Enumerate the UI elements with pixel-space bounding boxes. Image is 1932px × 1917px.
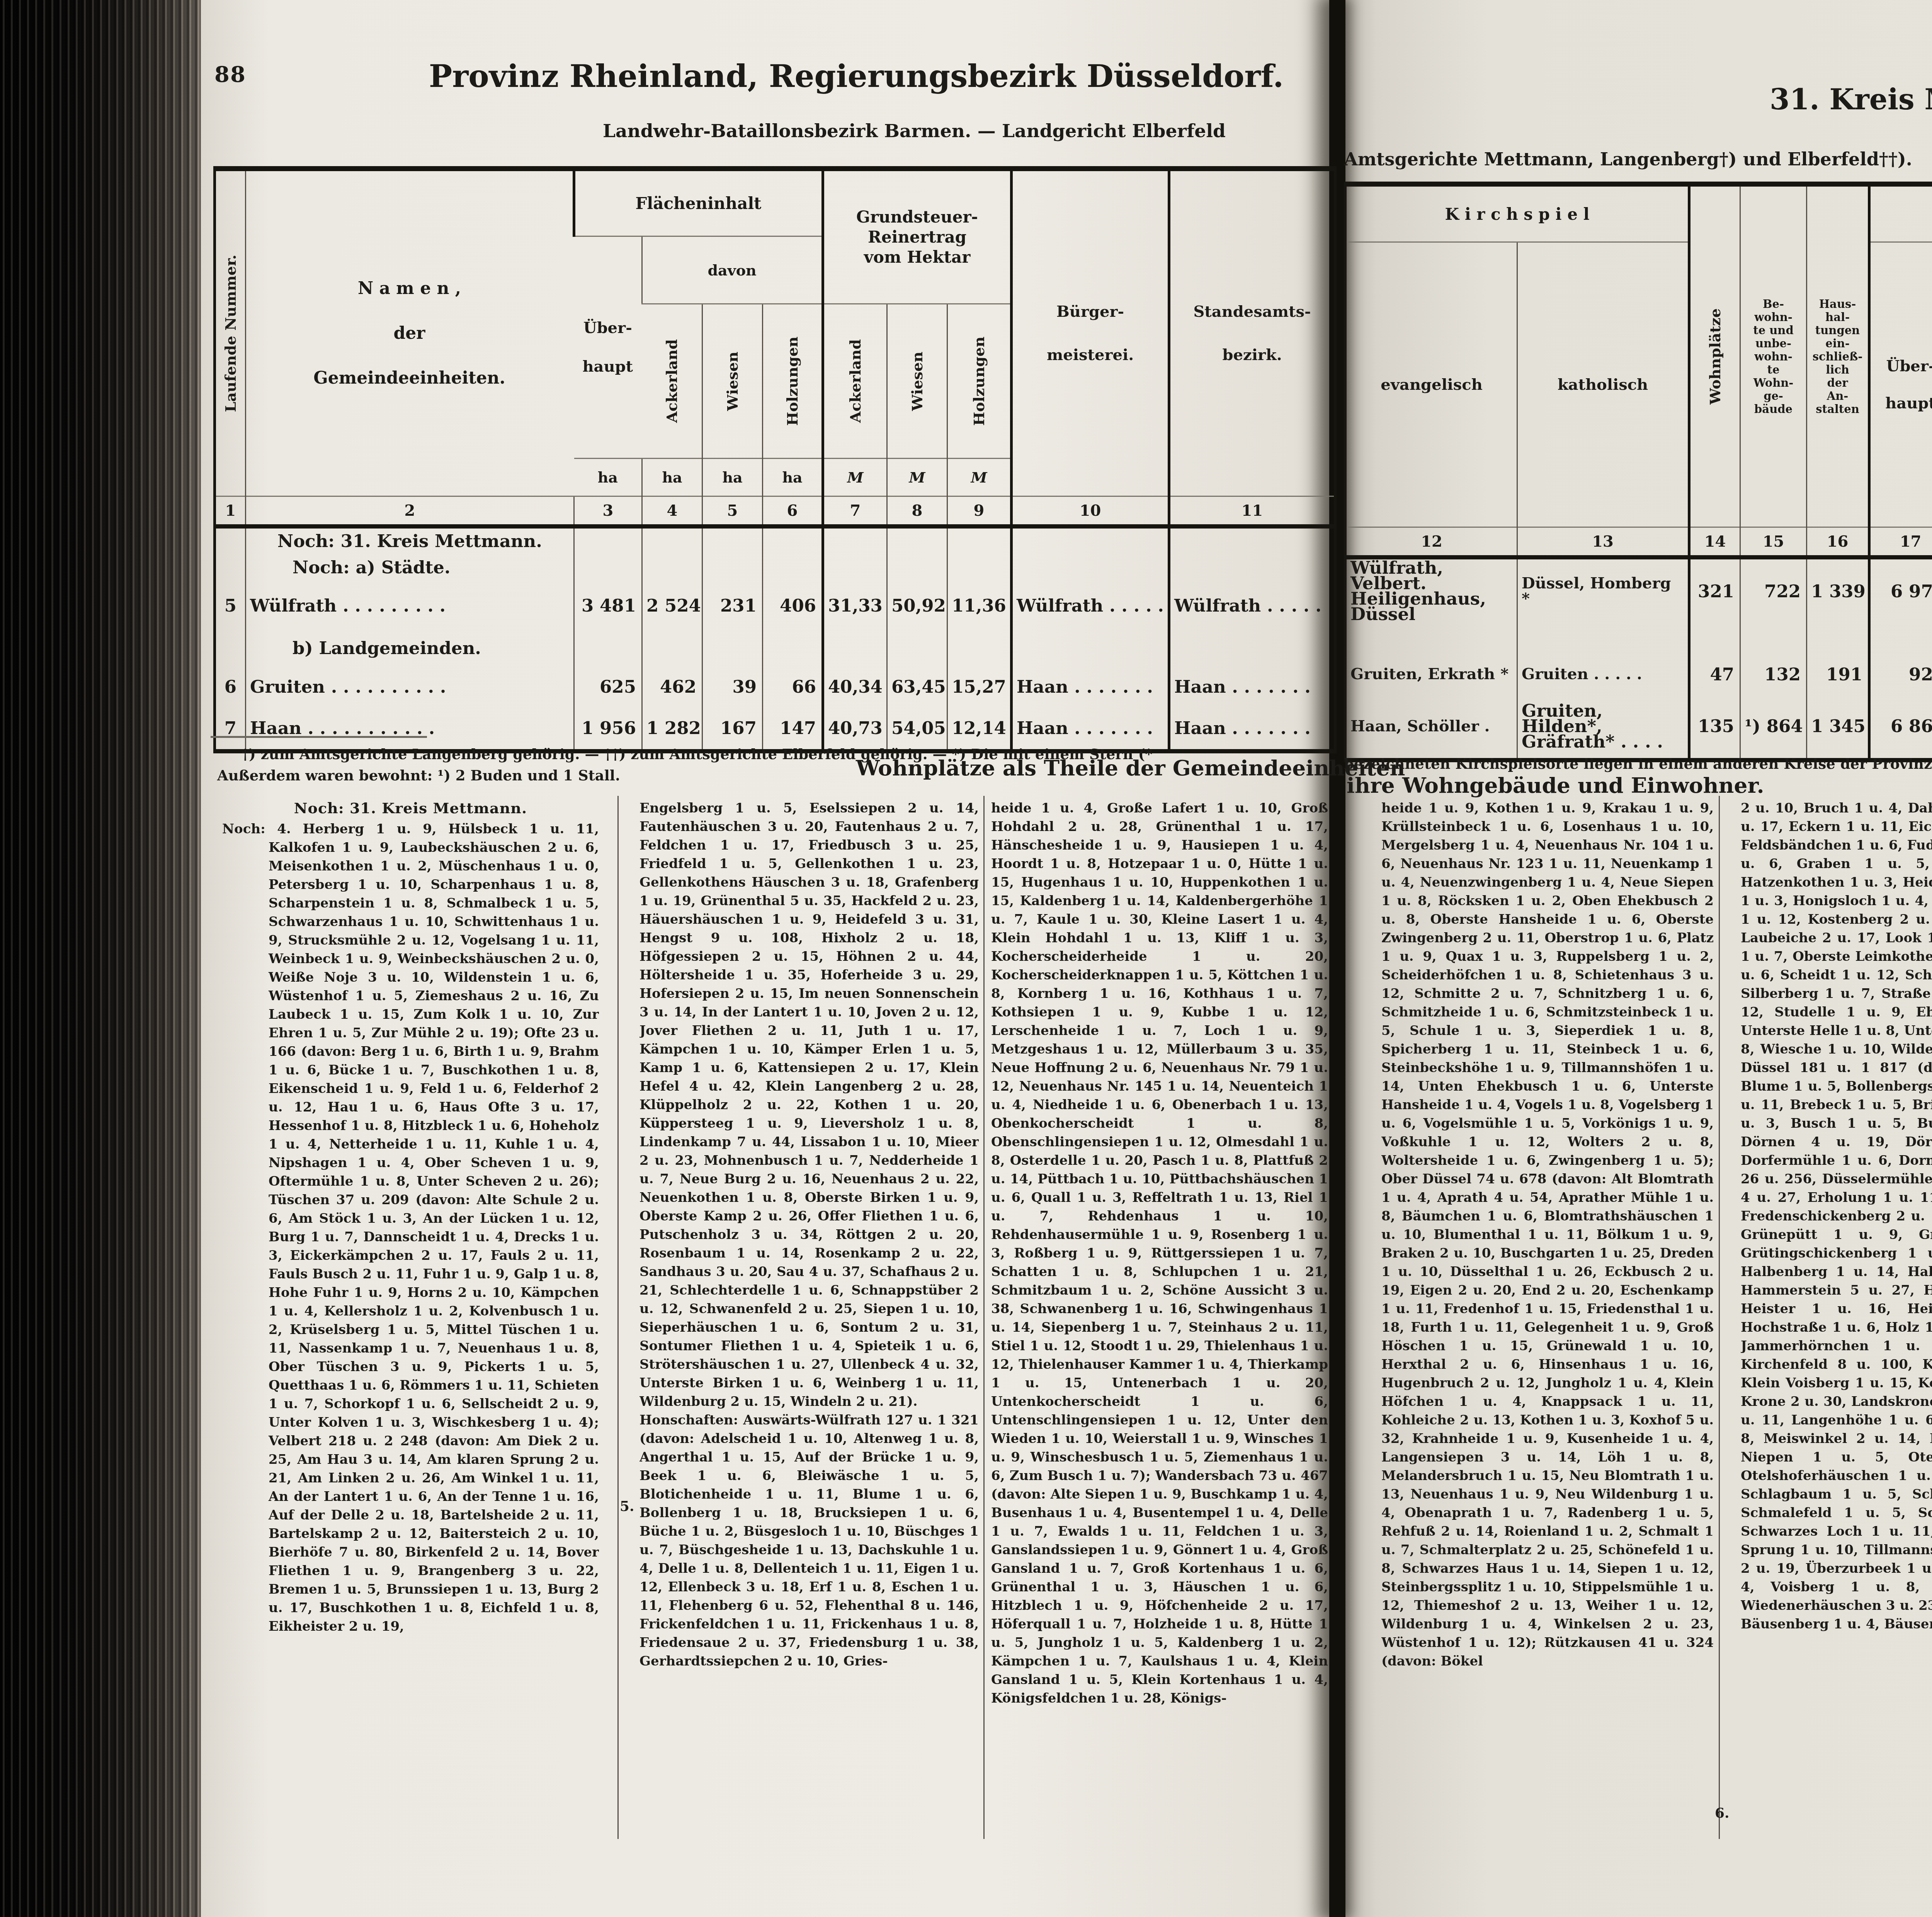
colnum-17: 17: [1869, 527, 1932, 557]
group-heading-kreis: Noch: 31. Kreis Mettmann.: [246, 527, 574, 554]
col-ueberhaupt-right: Über- haupt: [1869, 242, 1932, 527]
kirchspiel-kath: Gruiten, Hilden*, Gräfrath* . . . .: [1517, 695, 1689, 760]
column-divider: [1719, 796, 1720, 1839]
placename-text: Engelsberg 1 u. 5, Eselssiepen 2 u. 14, …: [639, 799, 979, 1411]
col-haushaltungen: Haus- hal- tungen ein- schließ- lich der…: [1807, 184, 1869, 527]
placename-column-4: heide 1 u. 9, Kothen 1 u. 9, Krakau 1 u.…: [1381, 799, 1714, 1838]
row-name: Gruiten . . . . . . . . . .: [246, 666, 574, 707]
placename-entry-5: Honschaften: Auswärts-Wülfrath 127 u. 1 …: [639, 1411, 979, 1671]
cell: 462: [642, 666, 702, 707]
book-spread: 88 Provinz Rheinland, Regierungsbezirk D…: [0, 0, 1932, 1917]
colnum-5: 5: [702, 496, 763, 527]
col-grundsteuer-holzungen: Holzungen: [970, 336, 988, 426]
section-heading-left: Wohnplätze als Theile der Gemeindeeinhei…: [856, 755, 1405, 780]
cell: Wülfrath . . . . .: [1169, 581, 1335, 630]
colnum-8: 8: [887, 496, 947, 527]
cell: 2 524: [642, 581, 702, 630]
placename-column-3: heide 1 u. 4, Große Lafert 1 u. 10, Groß…: [991, 799, 1328, 1838]
colnum-6: 6: [763, 496, 823, 527]
section-heading-right: ihre Wohngebäude und Einwohner.: [1347, 773, 1764, 798]
column-heading: Noch: 31. Kreis Mettmann.: [222, 799, 599, 817]
page-title-left: Provinz Rheinland, Regierungsbezirk Düss…: [429, 58, 1284, 94]
kirchspiel-ev: Gruiten, Erkrath *: [1345, 654, 1517, 695]
row-nr: 7: [215, 707, 246, 751]
placename-entry-6: Bäusenberg 1 u. 4, Bäusenberger Busch: [1741, 1615, 1932, 1633]
margin-number-5: 5.: [620, 1498, 634, 1514]
cell: 39: [702, 666, 763, 707]
kirchspiel-ev: Haan, Schöller .: [1345, 695, 1517, 760]
cell: 50,92: [887, 581, 947, 630]
placename-column-1: Noch: 31. Kreis Mettmann. Noch: 4. Herbe…: [222, 799, 599, 1838]
cell: 6 975: [1869, 557, 1932, 623]
colnum-13: 13: [1517, 527, 1689, 557]
placename-column-5: 2 u. 10, Bruch 1 u. 4, Dahl 1 u. 10, Dri…: [1741, 799, 1932, 1838]
cell: 15,27: [947, 666, 1012, 707]
unit-ha-1: ha: [574, 459, 642, 496]
cell: 40,34: [823, 666, 887, 707]
cell: 406: [763, 581, 823, 630]
colnum-15: 15: [1740, 527, 1807, 557]
cell: Haan . . . . . . .: [1012, 666, 1169, 707]
cell: 147: [763, 707, 823, 751]
group-heading-staedte: Noch: a) Städte.: [246, 554, 574, 581]
cell: 6 860: [1869, 695, 1932, 760]
col-wohngebaeude: Be- wohn- te und unbe- wohn- te Wohn- ge…: [1740, 184, 1807, 527]
cell: 1 956: [574, 707, 642, 751]
col-ackerland: Ackerland: [663, 339, 680, 423]
unit-ha-3: ha: [702, 459, 763, 496]
colnum-4: 4: [642, 496, 702, 527]
row-name: Wülfrath . . . . . . . . .: [246, 581, 574, 630]
col-buergermeisterei: Bürger- meisterei.: [1012, 169, 1169, 496]
cell: 11,36: [947, 581, 1012, 630]
cell: 722: [1740, 557, 1807, 623]
placename-column-2: Engelsberg 1 u. 5, Eselssiepen 2 u. 14, …: [639, 799, 979, 1838]
column-divider: [983, 796, 985, 1839]
placename-text: heide 1 u. 4, Große Lafert 1 u. 10, Groß…: [991, 799, 1328, 1708]
cell: 3 481: [574, 581, 642, 630]
cell: 47: [1689, 654, 1740, 695]
col-evangelisch: evangelisch: [1345, 242, 1517, 527]
footnote-right: bezeichneten Kirchspielsorte liegen in e…: [1344, 755, 1932, 772]
colnum-9: 9: [947, 496, 1012, 527]
kirchspiel-kath: Düssel, Homberg *: [1517, 557, 1689, 623]
col-laufende-nummer: Laufende Nummer.: [222, 255, 239, 412]
page-subtitle-left: Landwehr-Bataillonsbezirk Barmen. — Land…: [603, 121, 1337, 142]
page-title-right: 31. Kreis Mettmann.: [1770, 83, 1932, 116]
cell: 167: [702, 707, 763, 751]
cell: 1 339: [1807, 557, 1869, 623]
footnote-left-2: Außerdem waren bewohnt: ¹) 2 Buden und 1…: [217, 767, 620, 784]
col-grundsteuer-ackerland: Ackerland: [847, 339, 864, 423]
cell: Haan . . . . . . .: [1169, 707, 1335, 751]
cell: 31,33: [823, 581, 887, 630]
table-right: K i r c h s p i e l Wohnplätze Be- wohn-…: [1344, 182, 1932, 762]
book-left-edge: [0, 0, 201, 1917]
cell: 66: [763, 666, 823, 707]
placename-text: heide 1 u. 9, Kothen 1 u. 9, Krakau 1 u.…: [1381, 799, 1714, 1671]
col-grundsteuer-wiesen: Wiesen: [908, 352, 926, 411]
col-katholisch: katholisch: [1517, 242, 1689, 527]
cell: 54,05: [887, 707, 947, 751]
placename-text: 2 u. 10, Bruch 1 u. 4, Dahl 1 u. 10, Dri…: [1741, 799, 1932, 1615]
cell: ¹) 864: [1740, 695, 1807, 760]
group-davon: davon: [642, 236, 823, 304]
unit-mark-2: M: [887, 459, 947, 496]
page-number-left: 88: [214, 62, 246, 87]
kirchspiel-kath: Gruiten . . . . .: [1517, 654, 1689, 695]
cell: 12,14: [947, 707, 1012, 751]
cell: 135: [1689, 695, 1740, 760]
col-holzungen: Holzungen: [784, 336, 801, 426]
colnum-12: 12: [1345, 527, 1517, 557]
cell: 231: [702, 581, 763, 630]
colnum-1: 1: [215, 496, 246, 527]
footnote-rule: [211, 736, 427, 738]
row-nr: 5: [215, 581, 246, 630]
cell: 625: [574, 666, 642, 707]
cell: 191: [1807, 654, 1869, 695]
page-subtitle-right: Amtsgerichte Mettmann, Langenberg†) und …: [1344, 149, 1912, 170]
cell: 925: [1869, 654, 1932, 695]
cell: Haan . . . . . . .: [1169, 666, 1335, 707]
cell: 321: [1689, 557, 1740, 623]
colnum-14: 14: [1689, 527, 1740, 557]
cell: 1 282: [642, 707, 702, 751]
margin-number-6: 6.: [1715, 1805, 1730, 1821]
table-left: Laufende Nummer. N a m e n , der Gemeind…: [213, 166, 1337, 753]
colnum-7: 7: [823, 496, 887, 527]
cell: Haan . . . . . . .: [1012, 707, 1169, 751]
group-flaecheninhalt: Flächeninhalt: [574, 169, 823, 236]
group-grundsteuer: Grundsteuer- Reinertrag vom Hektar: [823, 169, 1012, 304]
colnum-2: 2: [246, 496, 574, 527]
kirchspiel-ev: Wülfrath, Velbert. Heiligenhaus, Düssel: [1345, 557, 1517, 623]
group-kirchspiel: K i r c h s p i e l: [1345, 184, 1689, 242]
row-name: Haan . . . . . . . . . . .: [246, 707, 574, 751]
placename-text: Noch: 4. Herberg 1 u. 9, Hülsbeck 1 u. 1…: [222, 820, 599, 1636]
cell: 63,45: [887, 666, 947, 707]
unit-mark-3: M: [947, 459, 1012, 496]
unit-ha-4: ha: [763, 459, 823, 496]
col-namen: N a m e n , der Gemeindeeinheiten.: [246, 169, 574, 496]
unit-ha-2: ha: [642, 459, 702, 496]
row-nr: 6: [215, 666, 246, 707]
unit-mark-1: M: [823, 459, 887, 496]
col-ueberhaupt: Über- haupt: [574, 236, 642, 459]
col-wohnplaetze: Wohnplätze: [1706, 308, 1724, 404]
cell: Wülfrath . . . . .: [1012, 581, 1169, 630]
colnum-16: 16: [1807, 527, 1869, 557]
group-heading-landgemeinden: b) Landgemeinden.: [246, 630, 574, 666]
cell: 132: [1740, 654, 1807, 695]
colnum-3: 3: [574, 496, 642, 527]
col-standesamtsbezirk: Standesamts- bezirk.: [1169, 169, 1335, 496]
col-wiesen: Wiesen: [724, 352, 741, 411]
cell: 40,73: [823, 707, 887, 751]
group-bevoelkerung: Ortsanwesende Bevölkerung am 1. Dezember…: [1869, 184, 1932, 242]
column-divider: [617, 796, 619, 1839]
cell: 1 345: [1807, 695, 1869, 760]
colnum-10: 10: [1012, 496, 1169, 527]
colnum-11: 11: [1169, 496, 1335, 527]
